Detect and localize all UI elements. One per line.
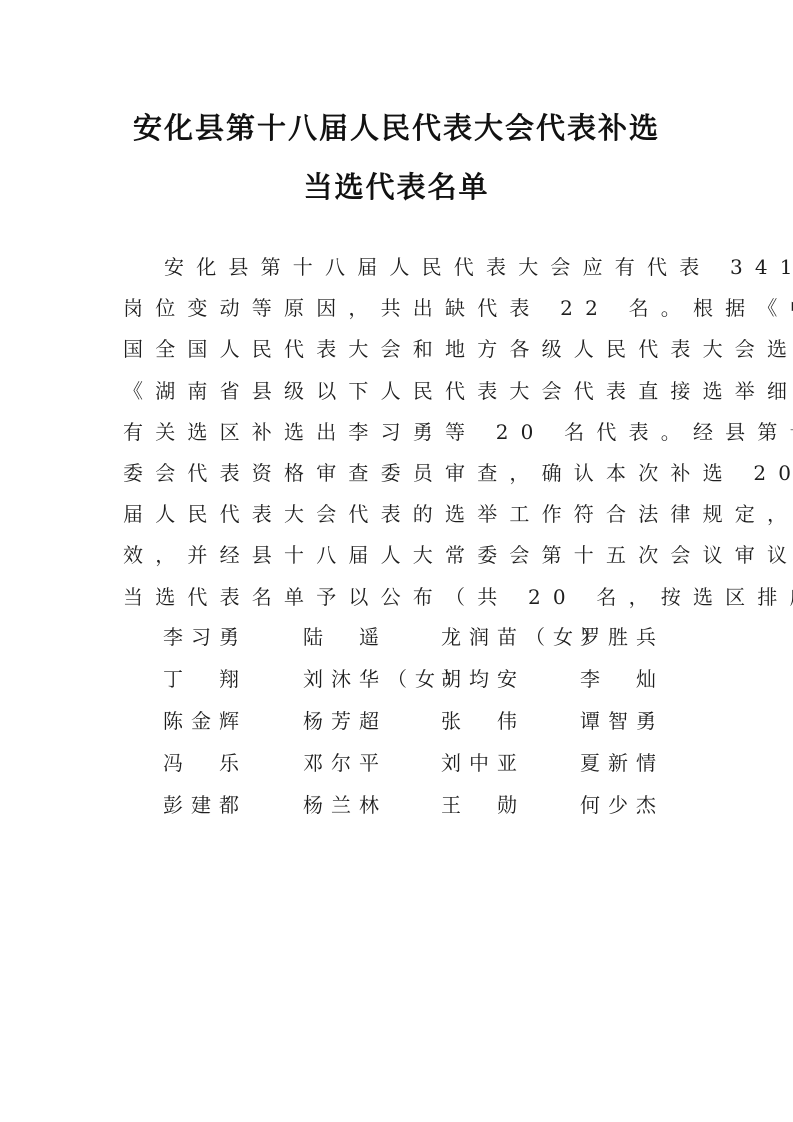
representative-name: 谭智勇 xyxy=(580,701,664,741)
paragraph-line: 岗位变动等原因，共出缺代表 22 名。根据《中华人民共和 xyxy=(123,288,675,329)
representative-name: 李习勇 xyxy=(163,617,247,657)
paragraph-line: 有关选区补选出李习勇等 20 名代表。经县第十八届人大常 xyxy=(123,412,675,453)
representative-name: 夏新情 xyxy=(580,743,664,783)
representative-name: 陆 遥 xyxy=(303,617,387,657)
representative-name: 王 勋 xyxy=(441,785,525,825)
document-page: 安化县第十八届人民代表大会代表补选 当选代表名单 安化县第十八届人民代表大会应有… xyxy=(0,0,793,1122)
representative-name: 李 灿 xyxy=(580,659,664,699)
representative-name: 罗胜兵 xyxy=(580,617,664,657)
representative-name: 邓尔平 xyxy=(303,743,387,783)
representative-name: 胡均安 xyxy=(441,659,525,699)
representative-name: 冯 乐 xyxy=(163,743,247,783)
representative-name: 丁 翔 xyxy=(163,659,247,699)
announcement-paragraph: 安化县第十八届人民代表大会应有代表 341 名。因工作 岗位变动等原因，共出缺代… xyxy=(123,247,675,618)
paragraph-line: 国全国人民代表大会和地方各级人民代表大会选举法》和 xyxy=(123,329,675,370)
paragraph-line: 《湖南省县级以下人民代表大会代表直接选举细则》规定， xyxy=(123,371,675,412)
representative-name: 杨兰林 xyxy=(303,785,387,825)
representative-name: 彭建都 xyxy=(163,785,247,825)
representative-name: 何少杰 xyxy=(580,785,664,825)
representative-name: 张 伟 xyxy=(441,701,525,741)
paragraph-line: 效，并经县十八届人大常委会第十五次会议审议通过。现将 xyxy=(123,535,675,576)
paragraph-line: 当选代表名单予以公布（共 20 名，按选区排序）： xyxy=(123,577,675,618)
representative-name: 陈金辉 xyxy=(163,701,247,741)
representative-name: 刘中亚 xyxy=(441,743,525,783)
document-title-line-2: 当选代表名单 xyxy=(0,170,793,204)
representative-name: 杨芳超 xyxy=(303,701,387,741)
paragraph-line: 委会代表资格审查委员审查，确认本次补选 20 名县第十八 xyxy=(123,453,675,494)
paragraph-line: 安化县第十八届人民代表大会应有代表 341 名。因工作 xyxy=(123,247,675,288)
paragraph-line: 届人民代表大会代表的选举工作符合法律规定，代表资格有 xyxy=(123,494,675,535)
document-title-line-1: 安化县第十八届人民代表大会代表补选 xyxy=(0,111,793,145)
